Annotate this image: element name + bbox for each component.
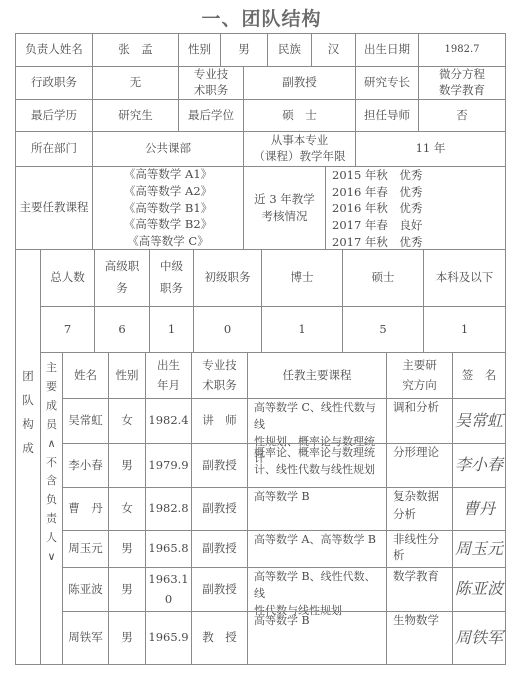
birth-label: 出生日期 <box>355 33 419 67</box>
stat-value-senior: 6 <box>94 306 150 353</box>
dept-value: 公共课部 <box>92 131 244 167</box>
courses-list: 《高等数学 A1》 《高等数学 A2》 《高等数学 B1》 《高等数学 B2》 … <box>92 166 244 250</box>
member-header-research: 主要研究方向 <box>386 352 453 399</box>
members-label-char: 员 <box>46 416 57 435</box>
member-signature: 周玉元 <box>452 530 506 568</box>
stat-header-bachelor: 本科及以下 <box>423 249 506 307</box>
stat-header-text: 硕士 <box>372 269 395 287</box>
header-text: 术职务 <box>202 376 237 396</box>
members-label-char: 负 <box>46 491 57 510</box>
stat-header-total: 总人数 <box>40 249 95 307</box>
stat-header-text: 总人数 <box>50 269 85 287</box>
stat-header-phd: 博士 <box>261 249 343 307</box>
evaluation-list: 2015 年秋 优秀 2016 年春 优秀 2016 年秋 优秀 2017 年春… <box>325 166 506 250</box>
evaluation-item: 2017 年春 良好 <box>332 217 422 234</box>
member-title: 讲 师 <box>191 398 248 444</box>
stat-header-junior: 初级职务 <box>193 249 262 307</box>
member-header-courses: 任教主要课程 <box>247 352 387 399</box>
tech-title-label: 专业技 术职务 <box>178 66 244 100</box>
course-item: 《高等数学 A1》 <box>124 166 212 183</box>
member-name: 周铁军 <box>62 611 109 665</box>
member-header-title: 专业技术职务 <box>191 352 248 399</box>
member-birth: 1965.8 <box>145 530 192 568</box>
dept-label: 所在部门 <box>15 131 93 167</box>
section-title: 一、团队结构 <box>0 4 523 31</box>
evaluation-item: 2016 年春 优秀 <box>332 184 422 201</box>
member-title: 副教授 <box>191 443 248 488</box>
stat-header-text: 职务 <box>160 278 183 300</box>
team-section-label: 团 队 构 成 <box>15 249 41 665</box>
members-label-char: 成 <box>46 397 57 416</box>
member-gender: 女 <box>108 487 146 531</box>
teaching-years-label-line2: （课程）教学年限 <box>254 149 346 165</box>
birth-value: 1982.7 <box>418 33 506 67</box>
member-birth: 1963.10 <box>145 567 192 612</box>
member-gender: 男 <box>108 443 146 488</box>
member-research: 生物数学 <box>386 611 453 665</box>
member-courses: 高等数学 A、高等数学 B <box>247 530 387 568</box>
supervisor-label: 担任导师 <box>355 99 419 132</box>
stat-header-text: 中级 <box>160 256 183 278</box>
ethnicity-value: 汉 <box>311 33 356 67</box>
education-value: 研究生 <box>92 99 179 132</box>
research-line: 分析 <box>393 506 416 524</box>
team-label-char: 团 <box>22 364 34 388</box>
team-label-char: 队 <box>22 388 34 412</box>
tech-title-label-line1: 专业技 <box>194 67 229 83</box>
member-research: 分形理论 <box>386 443 453 488</box>
member-research: 复杂数据分析 <box>386 487 453 531</box>
members-label-char: ∧ <box>47 435 55 454</box>
team-label-char: 构 <box>22 412 34 436</box>
research-line: 数学教育 <box>393 568 439 586</box>
education-label: 最后学历 <box>15 99 93 132</box>
research-line: 分形理论 <box>393 444 439 462</box>
courses-line: 高等数学 B <box>254 488 310 505</box>
member-title: 副教授 <box>191 530 248 568</box>
supervisor-value: 否 <box>418 99 506 132</box>
stat-header-senior: 高级职务 <box>94 249 150 307</box>
stat-header-text: 高级职 <box>105 256 140 278</box>
member-birth: 1965.9 <box>145 611 192 665</box>
gender-value: 男 <box>220 33 268 67</box>
courses-line: 概率论、概率论与数理统 <box>254 444 375 461</box>
member-name: 曹 丹 <box>62 487 109 531</box>
teaching-years-label-line1: 从事本专业 <box>271 133 329 149</box>
admin-post-value: 无 <box>92 66 179 100</box>
gender-label: 性别 <box>178 33 221 67</box>
courses-label: 主要任教课程 <box>15 166 93 250</box>
member-title: 副教授 <box>191 567 248 612</box>
course-item: 《高等数学 C》 <box>127 233 208 250</box>
member-courses: 高等数学 C、线性代数与线性规划、概率论与数理统计 <box>247 398 387 444</box>
teaching-years-value: 11 年 <box>355 131 506 167</box>
member-gender: 男 <box>108 567 146 612</box>
stat-header-master: 硕士 <box>342 249 424 307</box>
stat-header-text: 博士 <box>291 269 314 287</box>
courses-line: 计、线性代数与线性规划 <box>254 461 375 478</box>
member-courses: 概率论、概率论与数理统计、线性代数与线性规划 <box>247 443 387 488</box>
member-title: 教 授 <box>191 611 248 665</box>
member-research: 非线性分析 <box>386 530 453 568</box>
header-text: 主要研 <box>402 356 437 376</box>
member-research: 数学教育 <box>386 567 453 612</box>
evaluation-item: 2016 年秋 优秀 <box>332 200 422 217</box>
member-signature: 周铁军 <box>452 611 506 665</box>
stat-value-junior: 0 <box>193 306 262 353</box>
member-name: 吴常虹 <box>62 398 109 444</box>
evaluation-item: 2017 年秋 优秀 <box>332 234 422 251</box>
stat-value-phd: 1 <box>261 306 343 353</box>
member-header-birth: 出生年月 <box>145 352 192 399</box>
member-gender: 女 <box>108 398 146 444</box>
members-label-char: 主 <box>46 359 57 378</box>
member-signature: 陈亚波 <box>452 567 506 612</box>
research-line: 非线性分 <box>393 531 439 547</box>
header-text: 年月 <box>157 376 180 396</box>
stat-header-text: 初级职务 <box>205 269 251 287</box>
courses-line: 高等数学 A、高等数学 B <box>254 531 376 548</box>
stat-value-master: 5 <box>342 306 424 353</box>
specialty-label: 研究专长 <box>355 66 419 100</box>
members-label-char: 要 <box>46 378 57 397</box>
member-birth: 1982.8 <box>145 487 192 531</box>
team-label-char: 成 <box>22 436 34 460</box>
evaluation-label-line2: 考核情况 <box>262 208 308 225</box>
stat-header-text: 务 <box>116 278 128 300</box>
member-name: 陈亚波 <box>62 567 109 612</box>
stat-header-mid: 中级职务 <box>149 249 194 307</box>
member-header-gender: 性别 <box>108 352 146 399</box>
member-signature: 李小春 <box>452 443 506 488</box>
leader-name-label: 负责人姓名 <box>15 33 93 67</box>
tech-title-value: 副教授 <box>243 66 356 100</box>
member-courses: 高等数学 B <box>247 487 387 531</box>
courses-line: 高等数学 C、线性代数与线 <box>254 399 384 433</box>
members-label-char: 责 <box>46 510 57 529</box>
specialty-line1: 微分方程 <box>439 67 485 83</box>
stat-value-total: 7 <box>40 306 95 353</box>
evaluation-label: 近 3 年教学 考核情况 <box>243 166 326 250</box>
member-birth: 1979.9 <box>145 443 192 488</box>
research-line: 调和分析 <box>393 399 439 417</box>
members-section-label: 主 要 成 员 ∧ 不 含 负 责 人 ∨ <box>40 352 63 665</box>
member-header-name: 姓名 <box>62 352 109 399</box>
members-label-char: 含 <box>46 472 57 491</box>
teaching-years-label: 从事本专业 （课程）教学年限 <box>243 131 356 167</box>
specialty-line2: 数学教育 <box>439 83 485 99</box>
member-research: 调和分析 <box>386 398 453 444</box>
header-text: 究方向 <box>402 376 437 396</box>
course-item: 《高等数学 B1》 <box>124 200 212 217</box>
research-line: 析 <box>393 547 405 563</box>
members-label-char: 不 <box>46 454 57 473</box>
stat-header-text: 本科及以下 <box>436 269 494 287</box>
courses-line: 高等数学 B <box>254 612 310 629</box>
members-label-char: ∨ <box>47 548 55 567</box>
member-birth: 1982.4 <box>145 398 192 444</box>
research-line: 复杂数据 <box>393 488 439 506</box>
member-gender: 男 <box>108 530 146 568</box>
member-signature: 曹丹 <box>452 487 506 531</box>
header-text: 专业技 <box>202 356 237 376</box>
evaluation-label-line1: 近 3 年教学 <box>254 191 315 208</box>
leader-name: 张 孟 <box>92 33 179 67</box>
research-line: 生物数学 <box>393 612 439 630</box>
member-title: 副教授 <box>191 487 248 531</box>
member-courses: 高等数学 B、线性代数、线性代数与线性规划 <box>247 567 387 612</box>
specialty-value: 微分方程 数学教育 <box>418 66 506 100</box>
member-gender: 男 <box>108 611 146 665</box>
member-courses: 高等数学 B <box>247 611 387 665</box>
member-name: 周玉元 <box>62 530 109 568</box>
course-item: 《高等数学 B2》 <box>124 216 212 233</box>
course-item: 《高等数学 A2》 <box>124 183 212 200</box>
admin-post-label: 行政职务 <box>15 66 93 100</box>
evaluation-item: 2015 年秋 优秀 <box>332 167 422 184</box>
member-signature: 吴常虹 <box>452 398 506 444</box>
stat-value-mid: 1 <box>149 306 194 353</box>
members-label-char: 人 <box>46 529 57 548</box>
tech-title-label-line2: 术职务 <box>194 83 229 99</box>
header-text: 出生 <box>157 356 180 376</box>
ethnicity-label: 民族 <box>267 33 312 67</box>
degree-label: 最后学位 <box>178 99 244 132</box>
degree-value: 硕 士 <box>243 99 356 132</box>
courses-line: 高等数学 B、线性代数、线 <box>254 568 384 602</box>
member-name: 李小春 <box>62 443 109 488</box>
member-header-signature: 签 名 <box>452 352 506 399</box>
stat-value-bachelor: 1 <box>423 306 506 353</box>
